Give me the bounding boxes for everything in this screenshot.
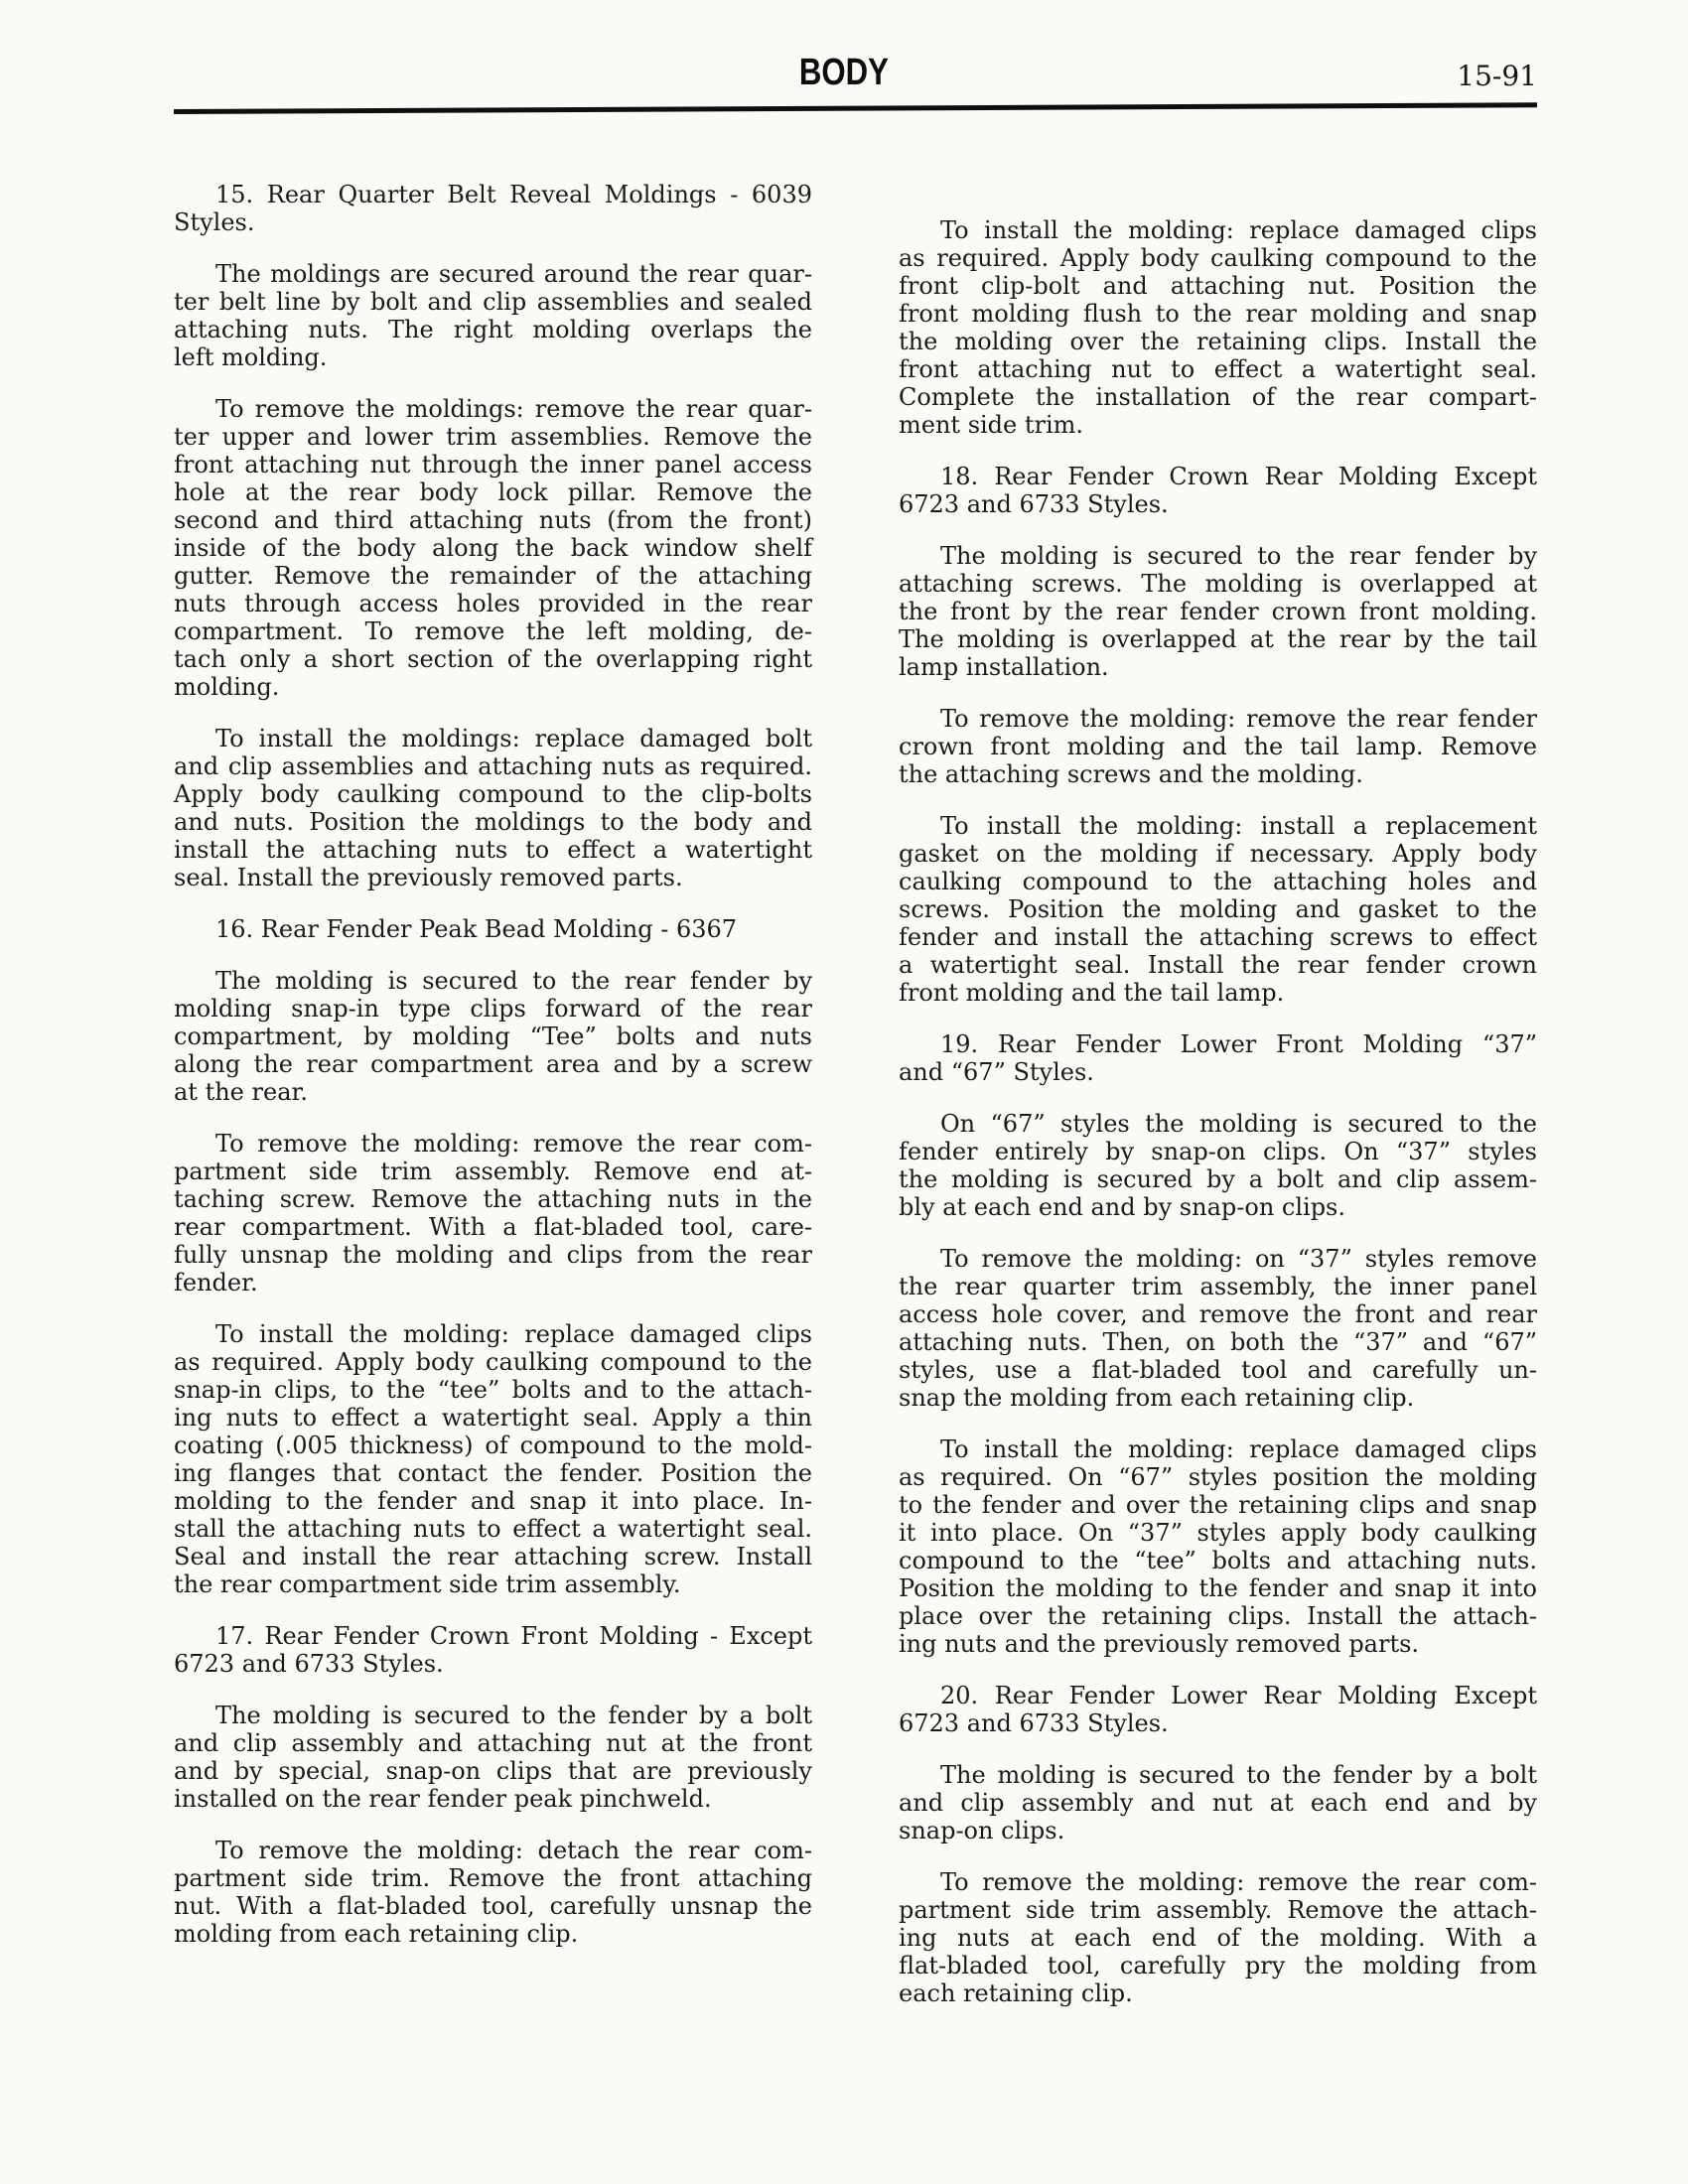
- text-line: second and third attaching nuts (from th…: [174, 506, 812, 534]
- paragraph: To remove the molding: on “37” styles re…: [899, 1245, 1537, 1412]
- paragraph: To install the moldings: replace damaged…: [174, 725, 812, 891]
- text-line: partment side trim assembly. Remove end …: [174, 1158, 812, 1185]
- text-line: a watertight seal. Install the rear fend…: [899, 951, 1537, 979]
- text-line: compartment, by molding “Tee” bolts and …: [174, 1023, 812, 1050]
- text-line: molding snap-in type clips forward of th…: [174, 995, 812, 1023]
- text-line: To remove the molding: detach the rear c…: [174, 1837, 812, 1864]
- text-line: To install the molding: install a replac…: [899, 812, 1537, 840]
- text-line: as required. Apply body caulking compoun…: [899, 244, 1537, 272]
- text-line: inside of the body along the back window…: [174, 534, 812, 562]
- page-title: BODY: [0, 52, 1688, 94]
- text-line: front molding and the tail lamp.: [899, 979, 1537, 1007]
- text-line: screws. Position the molding and gasket …: [899, 895, 1537, 923]
- text-line: front clip-bolt and attaching nut. Posit…: [899, 272, 1537, 300]
- page-title-text: BODY: [799, 52, 889, 94]
- text-line: 17. Rear Fender Crown Front Molding - Ex…: [174, 1622, 812, 1650]
- section-heading: 18. Rear Fender Crown Rear Molding Excep…: [899, 463, 1537, 518]
- text-line: To install the molding: replace damaged …: [174, 1320, 812, 1348]
- text-line: To install the moldings: replace damaged…: [174, 725, 812, 752]
- text-line: ing nuts to effect a watertight seal. Ap…: [174, 1404, 812, 1432]
- page-number: 15-91: [1457, 60, 1537, 92]
- text-line: To remove the moldings: remove the rear …: [174, 395, 812, 423]
- text-line: compartment. To remove the left molding,…: [174, 617, 812, 645]
- paragraph: To remove the moldings: remove the rear …: [174, 395, 812, 701]
- text-line: at the rear.: [174, 1078, 812, 1106]
- text-line: ment side trim.: [899, 411, 1537, 439]
- text-line: coating (.005 thickness) of compound to …: [174, 1432, 812, 1459]
- text-line: crown front molding and the tail lamp. R…: [899, 733, 1537, 760]
- paragraph: The moldings are secured around the rear…: [174, 260, 812, 371]
- text-line: 18. Rear Fender Crown Rear Molding Excep…: [899, 463, 1537, 490]
- section-heading: 19. Rear Fender Lower Front Molding “37”…: [899, 1030, 1537, 1086]
- text-line: front attaching nut through the inner pa…: [174, 451, 812, 478]
- text-line: Apply body caulking compound to the clip…: [174, 780, 812, 808]
- text-line: snap-on clips.: [899, 1817, 1537, 1844]
- text-line: front molding flush to the rear molding …: [899, 300, 1537, 328]
- text-line: compound to the “tee” bolts and attachin…: [899, 1547, 1537, 1574]
- section-heading: 15. Rear Quarter Belt Reveal Moldings - …: [174, 181, 812, 236]
- text-line: stall the attaching nuts to effect a wat…: [174, 1515, 812, 1543]
- text-line: access hole cover, and remove the front …: [899, 1300, 1537, 1328]
- text-line: lamp installation.: [899, 653, 1537, 681]
- paragraph: The molding is secured to the fender by …: [174, 1702, 812, 1813]
- text-line: The molding is secured to the rear fende…: [899, 542, 1537, 570]
- paragraph: To install the molding: replace damaged …: [174, 1320, 812, 1598]
- left-column: 15. Rear Quarter Belt Reveal Moldings - …: [174, 181, 812, 1948]
- paragraph: To install the molding: replace damaged …: [899, 216, 1537, 439]
- text-line: Seal and install the rear attaching scre…: [174, 1543, 812, 1570]
- text-line: and clip assembly and attaching nut at t…: [174, 1729, 812, 1757]
- text-line: taching screw. Remove the attaching nuts…: [174, 1185, 812, 1213]
- paragraph: To remove the molding: remove the rear f…: [899, 705, 1537, 788]
- text-line: ing flanges that contact the fender. Pos…: [174, 1459, 812, 1487]
- text-line: 6723 and 6733 Styles.: [174, 1650, 812, 1678]
- text-line: along the rear compartment area and by a…: [174, 1050, 812, 1078]
- text-line: and “67” Styles.: [899, 1058, 1537, 1086]
- text-line: ter upper and lower trim assemblies. Rem…: [174, 423, 812, 451]
- right-column: To install the molding: replace damaged …: [899, 216, 1537, 2007]
- text-line: ing nuts at each end of the molding. Wit…: [899, 1924, 1537, 1952]
- text-line: 6723 and 6733 Styles.: [899, 1709, 1537, 1737]
- text-line: To remove the molding: remove the rear f…: [899, 705, 1537, 733]
- text-line: fender and install the attaching screws …: [899, 923, 1537, 951]
- text-line: To install the molding: replace damaged …: [899, 1435, 1537, 1463]
- text-line: The molding is secured to the fender by …: [899, 1761, 1537, 1789]
- paragraph: To install the molding: install a replac…: [899, 812, 1537, 1007]
- text-line: each retaining clip.: [899, 1979, 1537, 2007]
- text-line: attaching nuts. The right molding overla…: [174, 316, 812, 343]
- text-line: the attaching screws and the molding.: [899, 760, 1537, 788]
- text-line: and by special, snap-on clips that are p…: [174, 1757, 812, 1785]
- text-line: fender entirely by snap-on clips. On “37…: [899, 1138, 1537, 1165]
- manual-page: BODY 15-91 15. Rear Quarter Belt Reveal …: [0, 0, 1688, 2184]
- text-line: installed on the rear fender peak pinchw…: [174, 1785, 812, 1813]
- paragraph: The molding is secured to the rear fende…: [174, 967, 812, 1106]
- text-line: as required. On “67” styles position the…: [899, 1463, 1537, 1491]
- text-line: 6723 and 6733 Styles.: [899, 490, 1537, 518]
- text-line: and clip assembly and nut at each end an…: [899, 1789, 1537, 1817]
- text-line: attaching screws. The molding is overlap…: [899, 570, 1537, 598]
- paragraph: On “67” styles the molding is secured to…: [899, 1110, 1537, 1221]
- text-line: 16. Rear Fender Peak Bead Molding - 6367: [174, 915, 812, 943]
- text-line: The moldings are secured around the rear…: [174, 260, 812, 288]
- text-line: rear compartment. With a flat-bladed too…: [174, 1213, 812, 1241]
- paragraph: To remove the molding: detach the rear c…: [174, 1837, 812, 1948]
- text-line: snap-in clips, to the “tee” bolts and to…: [174, 1376, 812, 1404]
- text-line: nut. With a flat-bladed tool, carefully …: [174, 1892, 812, 1920]
- text-line: caulking compound to the attaching holes…: [899, 868, 1537, 895]
- text-line: 19. Rear Fender Lower Front Molding “37”: [899, 1030, 1537, 1058]
- paragraph: To remove the molding: remove the rear c…: [899, 1868, 1537, 2007]
- text-line: partment side trim assembly. Remove the …: [899, 1896, 1537, 1924]
- text-line: styles, use a flat-bladed tool and caref…: [899, 1356, 1537, 1384]
- text-line: the rear compartment side trim assembly.: [174, 1570, 812, 1598]
- text-line: ing nuts and the previously removed part…: [899, 1630, 1537, 1658]
- text-line: To remove the molding: on “37” styles re…: [899, 1245, 1537, 1273]
- text-line: place over the retaining clips. Install …: [899, 1602, 1537, 1630]
- text-line: nuts through access holes provided in th…: [174, 590, 812, 617]
- text-line: Complete the installation of the rear co…: [899, 383, 1537, 411]
- header-rule: [174, 102, 1537, 114]
- text-line: and clip assemblies and attaching nuts a…: [174, 752, 812, 780]
- text-line: to the fender and over the retaining cli…: [899, 1491, 1537, 1519]
- text-line: flat-bladed tool, carefully pry the mold…: [899, 1952, 1537, 1979]
- text-line: left molding.: [174, 343, 812, 371]
- text-line: install the attaching nuts to effect a w…: [174, 836, 812, 864]
- text-line: Styles.: [174, 208, 812, 236]
- text-line: molding.: [174, 673, 812, 701]
- section-heading: 20. Rear Fender Lower Rear Molding Excep…: [899, 1682, 1537, 1737]
- text-line: gutter. Remove the remainder of the atta…: [174, 562, 812, 590]
- text-line: molding to the fender and snap it into p…: [174, 1487, 812, 1515]
- text-line: hole at the rear body lock pillar. Remov…: [174, 478, 812, 506]
- text-line: the molding over the retaining clips. In…: [899, 328, 1537, 355]
- text-line: as required. Apply body caulking compoun…: [174, 1348, 812, 1376]
- paragraph: To install the molding: replace damaged …: [899, 1435, 1537, 1658]
- text-line: it into place. On “37” styles apply body…: [899, 1519, 1537, 1547]
- text-line: To install the molding: replace damaged …: [899, 216, 1537, 244]
- text-line: attaching nuts. Then, on both the “37” a…: [899, 1328, 1537, 1356]
- text-line: The molding is secured to the fender by …: [174, 1702, 812, 1729]
- text-line: front attaching nut to effect a watertig…: [899, 355, 1537, 383]
- text-line: the front by the rear fender crown front…: [899, 598, 1537, 625]
- paragraph: To remove the molding: remove the rear c…: [174, 1130, 812, 1297]
- text-line: the molding is secured by a bolt and cli…: [899, 1165, 1537, 1193]
- text-line: Position the molding to the fender and s…: [899, 1574, 1537, 1602]
- text-line: snap the molding from each retaining cli…: [899, 1384, 1537, 1412]
- text-line: The molding is secured to the rear fende…: [174, 967, 812, 995]
- text-line: tach only a short section of the overlap…: [174, 645, 812, 673]
- text-line: 20. Rear Fender Lower Rear Molding Excep…: [899, 1682, 1537, 1709]
- text-line: and nuts. Position the moldings to the b…: [174, 808, 812, 836]
- text-line: 15. Rear Quarter Belt Reveal Moldings - …: [174, 181, 812, 208]
- text-line: The molding is overlapped at the rear by…: [899, 625, 1537, 653]
- text-line: ter belt line by bolt and clip assemblie…: [174, 288, 812, 316]
- text-line: On “67” styles the molding is secured to…: [899, 1110, 1537, 1138]
- text-line: gasket on the molding if necessary. Appl…: [899, 840, 1537, 868]
- text-line: fender.: [174, 1269, 812, 1297]
- text-line: To remove the molding: remove the rear c…: [899, 1868, 1537, 1896]
- text-line: seal. Install the previously removed par…: [174, 864, 812, 891]
- paragraph: The molding is secured to the rear fende…: [899, 542, 1537, 681]
- paragraph: The molding is secured to the fender by …: [899, 1761, 1537, 1844]
- section-heading: 17. Rear Fender Crown Front Molding - Ex…: [174, 1622, 812, 1678]
- text-line: the rear quarter trim assembly, the inne…: [899, 1273, 1537, 1300]
- text-line: molding from each retaining clip.: [174, 1920, 812, 1948]
- text-line: partment side trim. Remove the front att…: [174, 1864, 812, 1892]
- text-line: bly at each end and by snap-on clips.: [899, 1193, 1537, 1221]
- text-line: fully unsnap the molding and clips from …: [174, 1241, 812, 1269]
- text-line: To remove the molding: remove the rear c…: [174, 1130, 812, 1158]
- section-heading: 16. Rear Fender Peak Bead Molding - 6367: [174, 915, 812, 943]
